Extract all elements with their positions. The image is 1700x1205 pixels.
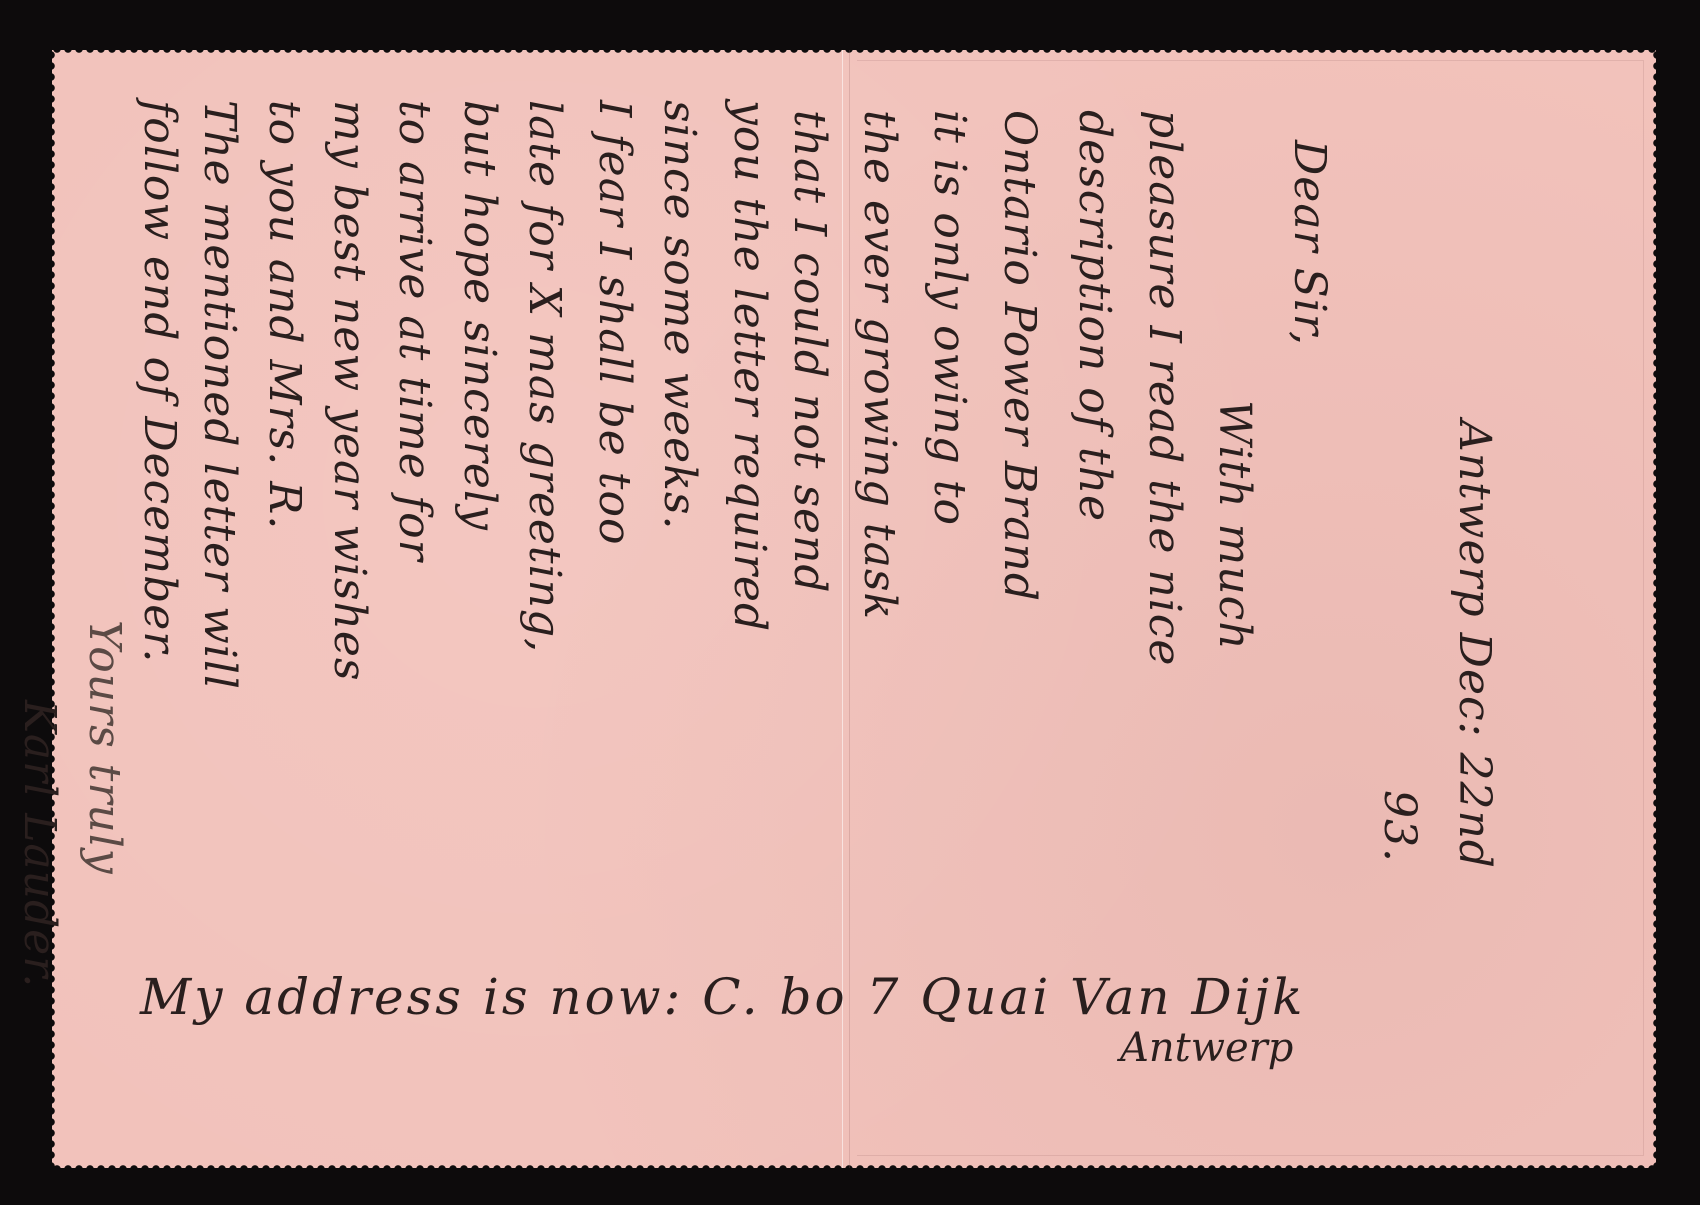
letter-line: you the letter required	[724, 100, 775, 632]
letter-line: Ontario Power Brand	[994, 110, 1045, 602]
letter-line: late for X mas greeting,	[519, 100, 570, 653]
address-city: Antwerp	[1120, 1025, 1293, 1071]
letter-line: the ever growing task	[854, 110, 905, 620]
letter-line: With much	[1209, 400, 1260, 651]
letter-line: to you and Mrs. R.	[259, 100, 310, 530]
perforated-edge-top	[52, 49, 1656, 57]
perforated-edge-right	[1649, 50, 1657, 1168]
letter-line: it is only owing to	[924, 110, 975, 526]
letter-line: to arrive at time for	[389, 100, 440, 562]
letter-line-year: 93.	[1374, 790, 1425, 863]
perforated-edge-left	[51, 50, 59, 1168]
letter-line: my best new year wishes	[324, 100, 375, 681]
letter-line: that I could not send	[784, 110, 835, 594]
letter-line: I fear I shall be too	[589, 100, 640, 545]
letter-line: pleasure I read the nice	[1139, 110, 1190, 666]
letter-line: since some weeks.	[654, 100, 705, 530]
letter-line: The mentioned letter will	[194, 100, 245, 690]
perforated-edge-bottom	[52, 1161, 1656, 1169]
letter-line-salutation: Dear Sir,	[1284, 140, 1335, 346]
letter-closing: Yours truly	[79, 620, 130, 875]
letter-line: description of the	[1069, 110, 1120, 522]
letter-line-dateline: Antwerp Dec: 22nd	[1449, 420, 1500, 869]
letter-line: but hope sincerely	[454, 100, 505, 531]
letter-signature: Karl Lauder.	[14, 700, 65, 988]
letter-line: follow end of December.	[134, 100, 185, 663]
address-line: My address is now: C. bo 7 Quai Van Dijk	[140, 968, 1305, 1026]
